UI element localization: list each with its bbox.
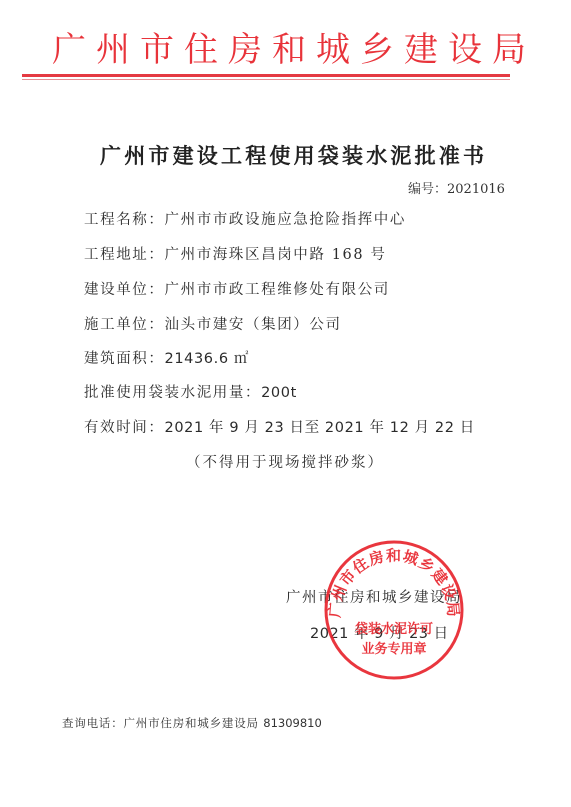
inquiry-phone-footer: 查询电话：广州市住房和城乡建设局 81309810 — [62, 715, 322, 731]
field-project-name: 工程名称：广州市市政设施应急抢险指挥中心 — [84, 208, 406, 229]
usage-note: （不得用于现场搅拌砂浆） — [186, 451, 384, 472]
field-label: 建设单位： — [84, 282, 165, 298]
field-value: 21436.6 ㎡ — [165, 351, 249, 367]
seal-line2: 业务专用章 — [361, 641, 426, 657]
field-label: 工程地址： — [84, 247, 165, 263]
field-approved-quantity: 批准使用袋装水泥用量：200t — [84, 381, 297, 402]
document-number: 编号：2021016 — [408, 178, 505, 197]
field-validity-period: 有效时间：2021 年 9 月 23 日至 2021 年 12 月 22 日 — [84, 416, 475, 437]
letterhead-rule-thin — [22, 79, 510, 80]
seal-icon: 广州市住房和城乡建设局 袋装水泥许可 业务专用章 — [322, 537, 466, 683]
field-developer: 建设单位：广州市市政工程维修处有限公司 — [84, 278, 390, 299]
footer-organization: 广州市住房和城乡建设局 — [124, 716, 259, 730]
field-label: 建筑面积： — [84, 351, 165, 367]
field-label: 工程名称： — [84, 212, 165, 228]
field-label: 批准使用袋装水泥用量： — [84, 385, 261, 401]
letterhead-rule-thick — [22, 74, 510, 77]
field-building-area: 建筑面积：21436.6 ㎡ — [84, 347, 249, 368]
document-title: 广州市建设工程使用袋装水泥批准书 — [100, 140, 487, 170]
footer-label: 查询电话： — [62, 716, 124, 730]
svg-text:广州市住房和城乡建设局: 广州市住房和城乡建设局 — [326, 546, 463, 618]
document-number-label: 编号： — [408, 182, 447, 197]
field-project-address: 工程地址：广州市海珠区昌岗中路 168 号 — [84, 243, 387, 264]
field-value: 汕头市建安（集团）公司 — [165, 317, 342, 333]
field-value: 广州市市政设施应急抢险指挥中心 — [165, 212, 407, 228]
seal-ring-text: 广州市住房和城乡建设局 — [326, 546, 463, 618]
official-seal: 广州市住房和城乡建设局 袋装水泥许可 业务专用章 — [322, 537, 466, 683]
field-label: 施工单位： — [84, 317, 165, 333]
field-value: 200t — [261, 385, 297, 401]
document-number-value: 2021016 — [447, 182, 505, 197]
letterhead-organization: 广州市住房和城乡建设局 — [52, 22, 536, 71]
field-value: 广州市市政工程维修处有限公司 — [165, 282, 390, 298]
seal-line1: 袋装水泥许可 — [355, 621, 433, 637]
footer-phone: 81309810 — [263, 716, 322, 730]
field-value: 广州市海珠区昌岗中路 168 号 — [165, 247, 387, 263]
field-value: 2021 年 9 月 23 日至 2021 年 12 月 22 日 — [165, 420, 475, 436]
field-contractor: 施工单位：汕头市建安（集团）公司 — [84, 313, 342, 334]
field-label: 有效时间： — [84, 420, 165, 436]
